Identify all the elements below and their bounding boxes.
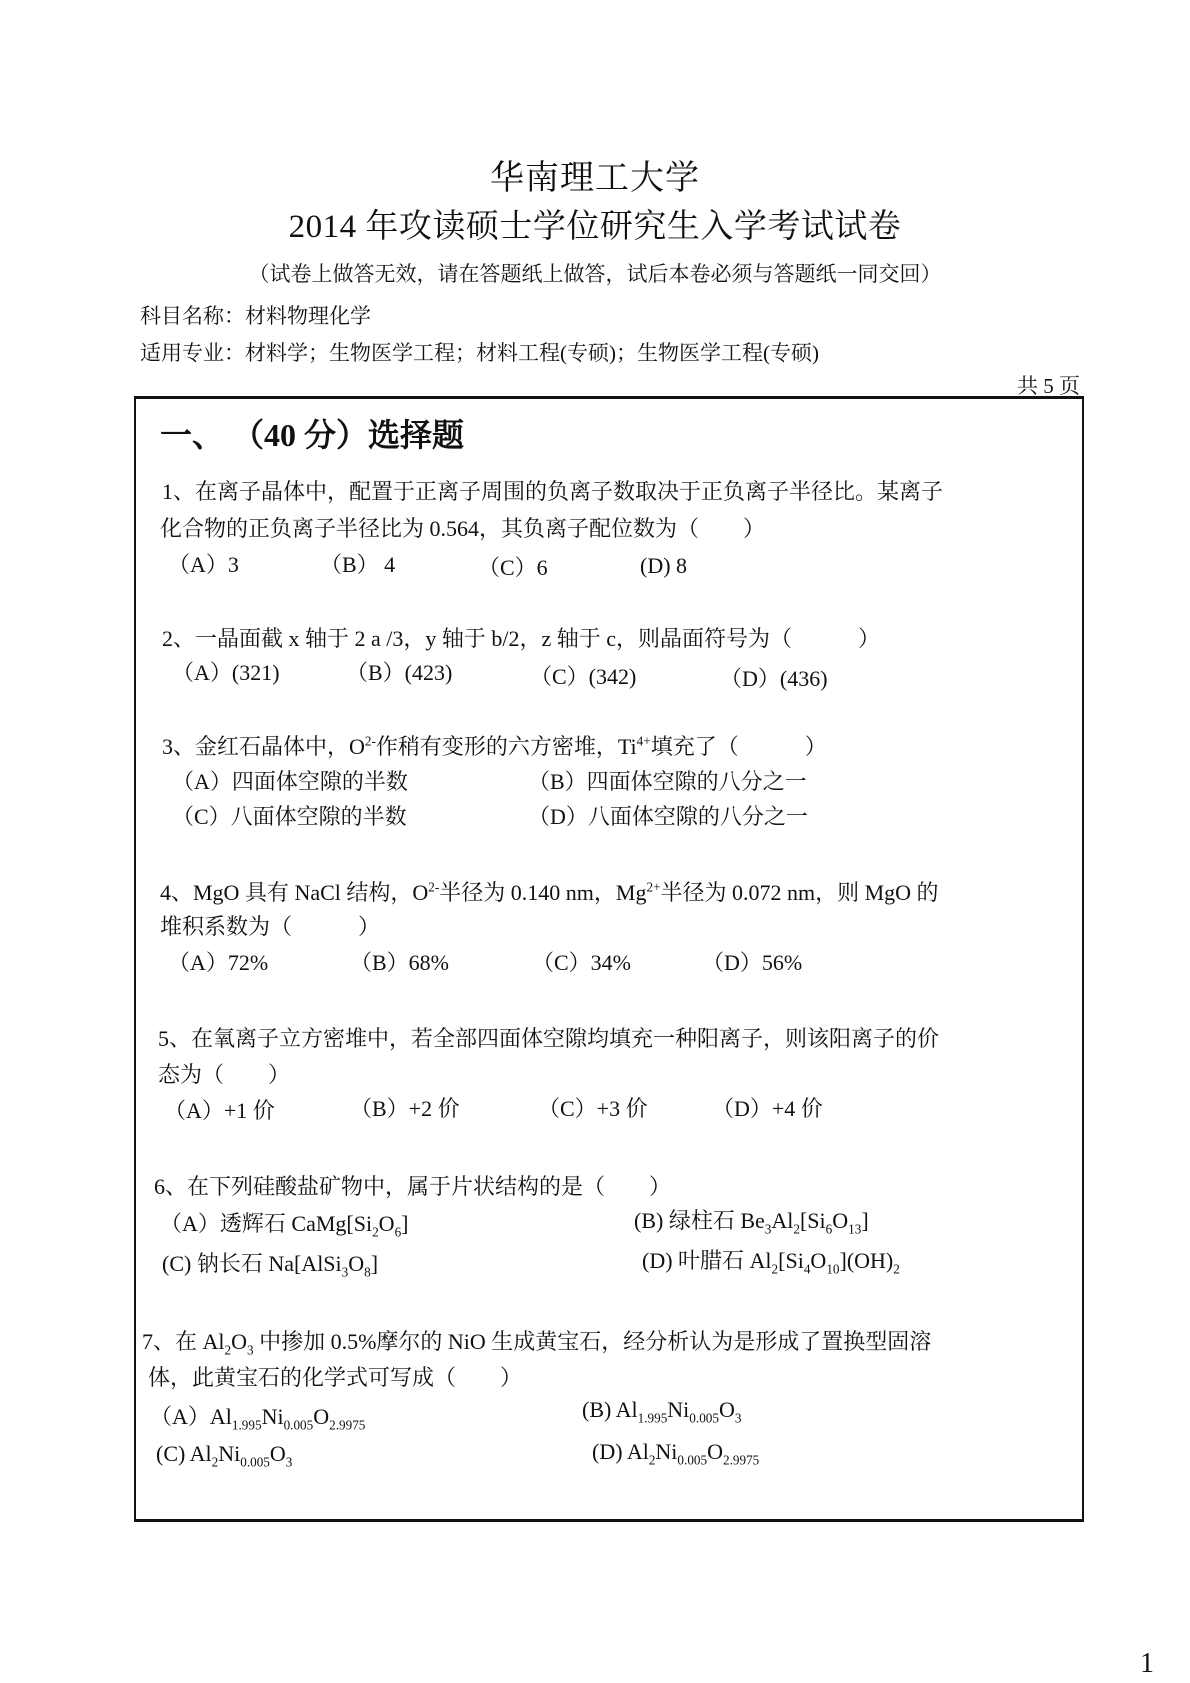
question-6-option-a: （A）透辉石 CaMg[Si2O6] — [160, 1207, 408, 1238]
question-1-line-1: 1、在离子晶体中，配置于正离子周围的负离子数取决于正负离子半径比。某离子 — [162, 475, 943, 506]
q7c-f4: O — [270, 1441, 286, 1466]
q7a-f4: O — [313, 1404, 329, 1429]
q7b-f5: 3 — [735, 1410, 742, 1425]
question-4-line-2: 堆积系数为（ ） — [160, 910, 380, 941]
university-name: 华南理工大学 — [0, 150, 1190, 199]
subject-name: 科目名称：材料物理化学 — [140, 300, 371, 330]
q7c-f3: 0.005 — [240, 1454, 270, 1469]
q6b-f2: Al — [771, 1208, 793, 1233]
question-4-option-c: （C）34% — [532, 946, 631, 977]
q7-sub-2: 3 — [247, 1342, 254, 1357]
question-7-option-d: (D) Al2Ni0.005O2.9975 — [592, 1439, 759, 1465]
question-4-option-b: （B）68% — [350, 946, 449, 977]
q6d-f7: 2 — [893, 1261, 900, 1276]
q7a-f5: 2.9975 — [329, 1417, 365, 1432]
question-7-line-1: 7、在 Al2O3 中掺加 0.5%摩尔的 NiO 生成黄宝石，经分析认为是形成… — [142, 1325, 931, 1356]
q7b-f0: Al — [616, 1397, 638, 1422]
page-number: 1 — [1140, 1648, 1154, 1680]
q7d-label: (D) — [592, 1439, 627, 1464]
q7c-f2: Ni — [218, 1441, 240, 1466]
q6b-f7: 13 — [848, 1221, 861, 1236]
question-3-option-d: （D）八面体空隙的八分之一 — [528, 800, 808, 831]
q4-sup-charge-mg: 2+ — [646, 880, 660, 895]
question-1-option-c: （C）6 — [478, 551, 548, 582]
q6b-f8: ] — [861, 1208, 868, 1233]
q7c-f0: Al — [190, 1441, 212, 1466]
q7b-f2: Ni — [667, 1397, 689, 1422]
q6a-f0: CaMg[Si — [291, 1211, 372, 1236]
question-7-option-a: （A）Al1.995Ni0.005O2.9975 — [150, 1400, 365, 1431]
section-title: 一、 （40 分）选择题 — [160, 410, 464, 456]
q7a-f2: Ni — [262, 1404, 284, 1429]
q6a-label: （A）透辉石 — [160, 1211, 291, 1236]
question-7-option-c: (C) Al2Ni0.005O3 — [156, 1441, 292, 1467]
q7-text-suffix: 中掺加 0.5%摩尔的 NiO 生成黄宝石，经分析认为是形成了置换型固溶 — [254, 1329, 932, 1354]
q6b-f3: 2 — [793, 1221, 800, 1236]
q6a-f2: O — [379, 1211, 395, 1236]
question-1-option-d: (D) 8 — [640, 553, 687, 579]
q7d-f2: Ni — [655, 1439, 677, 1464]
question-2-option-b: （B）(423) — [346, 656, 452, 687]
q6d-f0: Al — [750, 1248, 772, 1273]
q3-sup-charge-o: 2- — [365, 734, 376, 749]
q6c-f0: Na[AlSi — [268, 1251, 341, 1276]
q7a-f0: Al — [210, 1404, 232, 1429]
q6d-label: (D) 叶腊石 — [642, 1248, 750, 1273]
q6c-label: (C) 钠长石 — [162, 1251, 268, 1276]
q6c-f3: 8 — [364, 1264, 371, 1279]
question-7-option-b: (B) Al1.995Ni0.005O3 — [582, 1397, 741, 1423]
q7a-f1: 1.995 — [232, 1417, 262, 1432]
q4-text-suffix: 半径为 0.072 nm，则 MgO 的 — [661, 880, 939, 905]
question-3-option-b: （B）四面体空隙的八分之一 — [528, 765, 807, 796]
question-2-option-c: （C）(342) — [530, 660, 636, 691]
q4-text-mid: 半径为 0.140 nm，Mg — [439, 880, 646, 905]
question-4-option-d: （D）56% — [702, 946, 802, 977]
q3-text-prefix: 3、金红石晶体中，O — [162, 734, 365, 759]
q6b-label: (B) 绿柱石 — [634, 1208, 740, 1233]
question-5-option-b: （B）+2 价 — [350, 1092, 460, 1123]
question-5-option-d: （D）+4 价 — [712, 1092, 823, 1123]
q6d-f5: 10 — [826, 1261, 839, 1276]
q7d-f5: 2.9975 — [723, 1452, 759, 1467]
question-7-line-2: 体，此黄宝石的化学式可写成（ ） — [148, 1361, 522, 1392]
q7a-label: （A） — [150, 1404, 210, 1429]
question-5-option-c: （C）+3 价 — [538, 1092, 648, 1123]
question-5-line-2: 态为（ ） — [158, 1058, 290, 1089]
question-5-line-1: 5、在氧离子立方密堆中，若全部四面体空隙均填充一种阳离子，则该阳离子的价 — [158, 1022, 939, 1053]
q3-text-suffix: 填充了（ ） — [651, 734, 827, 759]
question-1-option-a: （A）3 — [168, 548, 239, 579]
question-4-line-1: 4、MgO 具有 NaCl 结构，O2-半径为 0.140 nm，Mg2+半径为… — [160, 876, 939, 907]
q7d-f0: Al — [627, 1439, 649, 1464]
question-3-option-a: （A）四面体空隙的半数 — [172, 765, 408, 796]
question-6-option-d: (D) 叶腊石 Al2[Si4O10](OH)2 — [642, 1244, 900, 1275]
question-4-option-a: （A）72% — [168, 946, 268, 977]
q7-text-prefix: 7、在 Al — [142, 1329, 225, 1354]
q6b-f0: Be — [740, 1208, 764, 1233]
question-2-option-a: （A）(321) — [172, 656, 280, 687]
exam-title: 2014 年攻读硕士学位研究生入学考试试卷 — [0, 200, 1190, 247]
exam-notice: （试卷上做答无效，请在答题纸上做答，试后本卷必须与答题纸一同交回） — [0, 258, 1190, 288]
q6b-f4: [Si — [800, 1208, 826, 1233]
q7b-f1: 1.995 — [638, 1410, 668, 1425]
question-1-option-b: （B） 4 — [320, 548, 395, 579]
question-1-line-2: 化合物的正负离子半径比为 0.564，其负离子配位数为（ ） — [160, 512, 765, 543]
question-2-line-1: 2、一晶面截 x 轴于 2 a /3，y 轴于 b/2，z 轴于 c，则晶面符号… — [162, 622, 880, 653]
q4-sup-charge-o: 2- — [428, 880, 439, 895]
q7a-f3: 0.005 — [284, 1417, 314, 1432]
question-5-option-a: （A）+1 价 — [164, 1094, 275, 1125]
q6d-f4: O — [810, 1248, 826, 1273]
q7b-f4: O — [719, 1397, 735, 1422]
q6a-f4: ] — [401, 1211, 408, 1236]
q6d-f2: [Si — [778, 1248, 804, 1273]
q7d-f3: 0.005 — [677, 1452, 707, 1467]
question-6-option-b: (B) 绿柱石 Be3Al2[Si6O13] — [634, 1204, 869, 1235]
q4-text-prefix: 4、MgO 具有 NaCl 结构，O — [160, 880, 428, 905]
q7c-label: (C) — [156, 1441, 190, 1466]
q6c-f2: O — [348, 1251, 364, 1276]
q7b-label: (B) — [582, 1397, 616, 1422]
applicable-majors: 适用专业：材料学；生物医学工程；材料工程(专硕)；生物医学工程(专硕) — [140, 337, 819, 367]
question-2-option-d: （D）(436) — [720, 662, 828, 693]
q6a-f1: 2 — [372, 1224, 379, 1239]
question-6-line-1: 6、在下列硅酸盐矿物中，属于片状结构的是（ ） — [154, 1170, 671, 1201]
question-6-option-c: (C) 钠长石 Na[AlSi3O8] — [162, 1247, 378, 1278]
question-3-line-1: 3、金红石晶体中，O2-作稍有变形的六方密堆，Ti4+填充了（ ） — [162, 730, 827, 761]
q3-text-mid: 作稍有变形的六方密堆，Ti — [376, 734, 637, 759]
question-3-option-c: （C）八面体空隙的半数 — [172, 800, 407, 831]
q6c-f4: ] — [371, 1251, 378, 1276]
q3-sup-charge-ti: 4+ — [637, 734, 651, 749]
q7d-f4: O — [707, 1439, 723, 1464]
q7c-f5: 3 — [286, 1454, 293, 1469]
q7-text-mid: O — [231, 1329, 247, 1354]
q6b-f6: O — [832, 1208, 848, 1233]
q7b-f3: 0.005 — [689, 1410, 719, 1425]
q6d-f6: ](OH) — [840, 1248, 894, 1273]
